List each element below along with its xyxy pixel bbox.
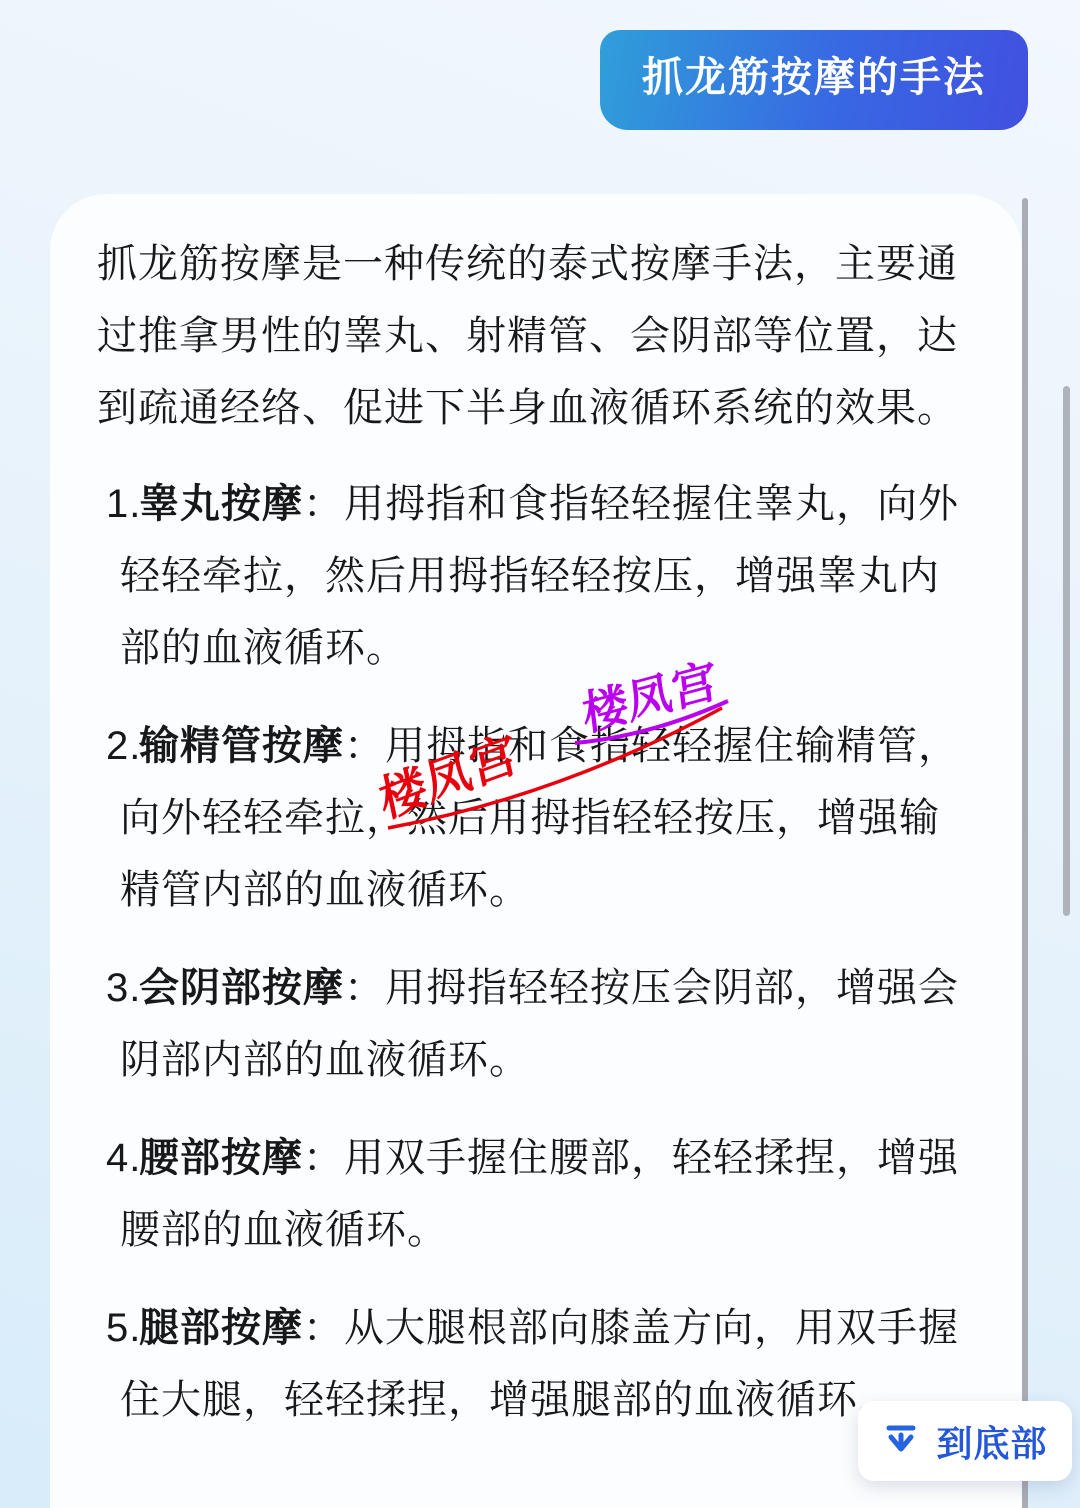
list-item-number: 2. (106, 710, 139, 782)
arrow-down-to-bottom-icon (882, 1422, 920, 1460)
chat-screen: { "user_bubble": { "text": "抓龙筋按摩的手法" },… (0, 0, 1080, 1508)
card-scrollbar[interactable] (1022, 198, 1028, 1508)
assistant-message-card: 抓龙筋按摩是一种传统的泰式按摩手法，主要通过推拿男性的睾丸、射精管、会阴部等位置… (50, 194, 1022, 1508)
massage-steps-list: 1.睾丸按摩：用拇指和食指轻轻握住睾丸，向外轻轻牵拉，然后用拇指轻轻按压，增强睾… (97, 468, 967, 1436)
user-message-text: 抓龙筋按摩的手法 (642, 44, 986, 103)
list-item: 1.睾丸按摩：用拇指和食指轻轻握住睾丸，向外轻轻牵拉，然后用拇指轻轻按压，增强睾… (97, 468, 967, 684)
list-item-number: 1. (106, 468, 139, 540)
list-item: 3.会阴部按摩：用拇指轻轻按压会阴部，增强会阴部内部的血液循环。 (97, 952, 967, 1096)
scroll-to-bottom-label: 到底部 (936, 1416, 1047, 1467)
list-item-number: 5. (106, 1292, 139, 1364)
list-item-number: 3. (106, 952, 139, 1024)
scroll-to-bottom-button[interactable]: 到底部 (858, 1401, 1072, 1481)
list-item: 2.输精管按摩：用拇指和食指轻轻握住输精管，向外轻轻牵拉，然后用拇指轻轻按压，增… (97, 710, 967, 926)
list-item-label: 输精管按摩 (139, 724, 344, 768)
page-scrollbar-thumb[interactable] (1063, 386, 1070, 916)
list-item-label: 睾丸按摩 (139, 482, 303, 526)
list-item-number: 4. (106, 1122, 139, 1194)
list-item: 5.腿部按摩：从大腿根部向膝盖方向，用双手握住大腿，轻轻揉捏，增强腿部的血液循环… (97, 1292, 967, 1436)
user-message-bubble: 抓龙筋按摩的手法 (600, 30, 1028, 130)
list-item-label: 腰部按摩 (139, 1136, 303, 1180)
intro-paragraph: 抓龙筋按摩是一种传统的泰式按摩手法，主要通过推拿男性的睾丸、射精管、会阴部等位置… (97, 228, 967, 444)
list-item-label: 会阴部按摩 (139, 966, 344, 1010)
list-item: 4.腰部按摩：用双手握住腰部，轻轻揉捏，增强腰部的血液循环。 (97, 1122, 967, 1266)
list-item-label: 腿部按摩 (139, 1306, 303, 1350)
